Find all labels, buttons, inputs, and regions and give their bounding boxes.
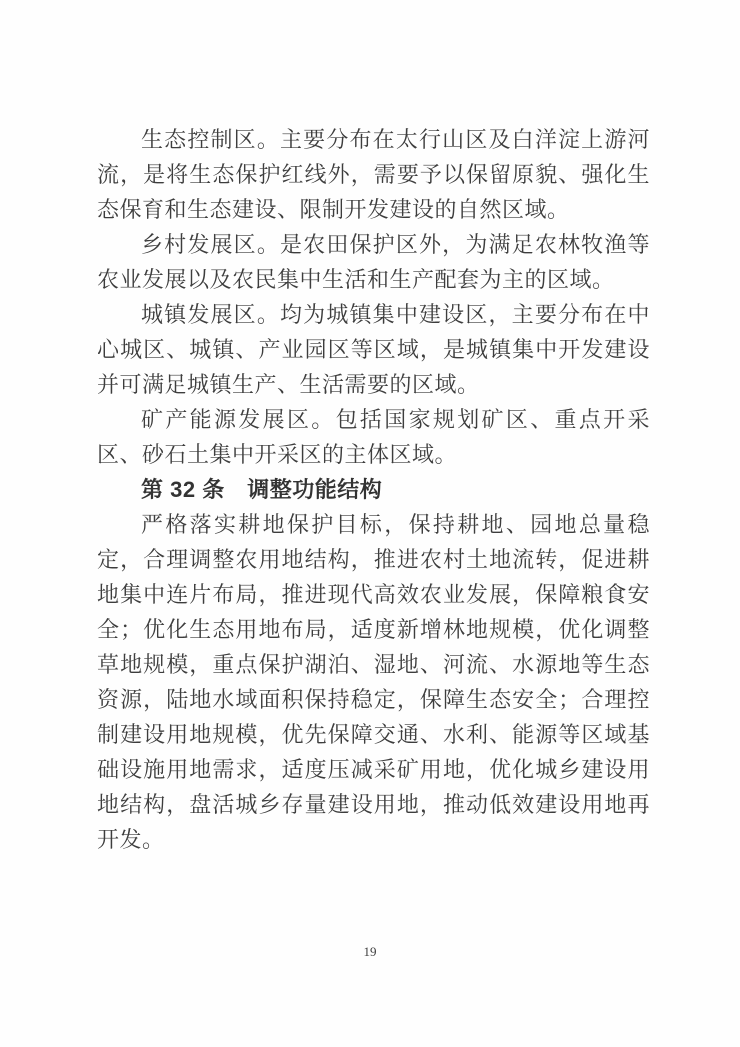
paragraph-mineral-energy-zone: 矿产能源发展区。包括国家规划矿区、重点开采区、砂石土集中开采区的主体区域。 [97, 402, 650, 472]
document-page: 生态控制区。主要分布在太行山区及白洋淀上游河流，是将生态保护红线外，需要予以保留… [0, 0, 740, 1047]
section-heading-article-32: 第 32 条 调整功能结构 [97, 472, 650, 507]
page-number: 19 [0, 944, 740, 960]
page-content: 生态控制区。主要分布在太行山区及白洋淀上游河流，是将生态保护红线外，需要予以保留… [97, 122, 650, 857]
paragraph-adjust-functional-structure: 严格落实耕地保护目标，保持耕地、园地总量稳定，合理调整农用地结构，推进农村土地流… [97, 507, 650, 857]
paragraph-eco-control-zone: 生态控制区。主要分布在太行山区及白洋淀上游河流，是将生态保护红线外，需要予以保留… [97, 122, 650, 227]
paragraph-rural-development-zone: 乡村发展区。是农田保护区外，为满足农林牧渔等农业发展以及农民集中生活和生产配套为… [97, 227, 650, 297]
paragraph-urban-development-zone: 城镇发展区。均为城镇集中建设区，主要分布在中心城区、城镇、产业园区等区域，是城镇… [97, 297, 650, 402]
